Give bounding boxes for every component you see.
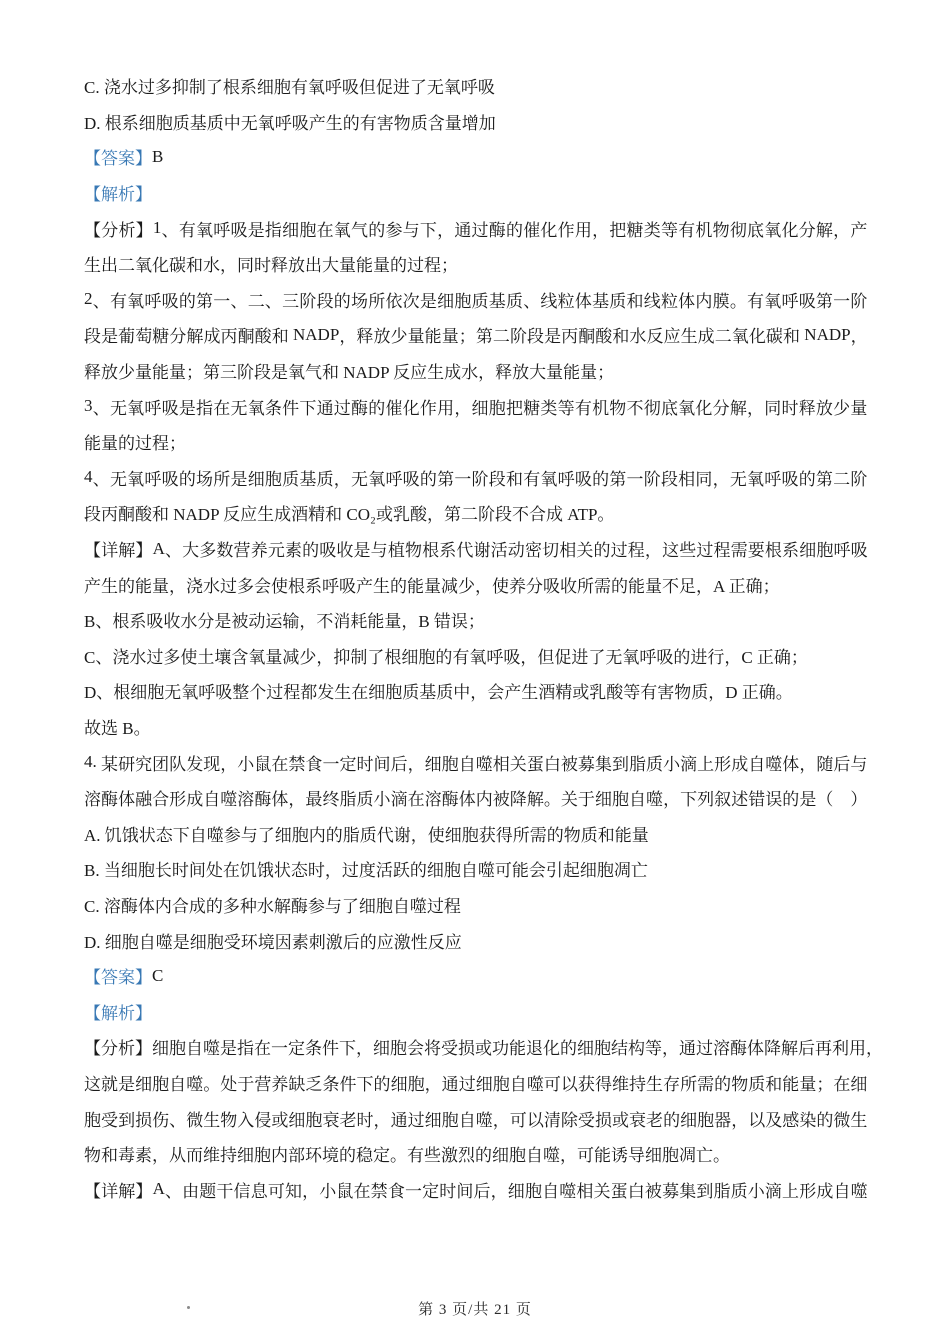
q3-detail-line-2: 产生的能量，浇水过多会使根系呼吸产生的能量减少，使养分吸收所需的能量不足，A 正… <box>84 566 868 602</box>
stray-dot-mark <box>187 1306 190 1309</box>
q4-option-D: D. 细胞自噬是细胞受环境因素刺激后的应激性反应 <box>84 922 868 958</box>
q4-answer-line: 【答案】C <box>84 958 868 994</box>
q4-option-A: A. 饥饿状态下自噬参与了细胞内的脂质代谢，使细胞获得所需的物质和能量 <box>84 815 868 851</box>
q4-option-C: C. 溶酶体内合成的多种水解酶参与了细胞自噬过程 <box>84 887 868 923</box>
q3-analysis-line-7: 能量的过程； <box>84 424 868 460</box>
page-footer: 第 3 页/共 21 页 <box>0 1298 950 1319</box>
q3-detail-line-3: B、根系吸收水分是被动运输，不消耗能量，B 错误； <box>84 602 868 638</box>
q4-stem-line-2: 溶酶体融合形成自噬溶酶体，最终脂质小滴在溶酶体内被降解。关于细胞自噬，下列叙述错… <box>84 780 868 816</box>
q3-analysis-line-6: 3、无氧呼吸是指在无氧条件下通过酶的催化作用，细胞把糖类等有机物不彻底氧化分解，… <box>84 388 868 424</box>
q3-jiexi-label: 【解析】 <box>84 175 868 211</box>
q4-stem-line-1: 4. 某研究团队发现，小鼠在禁食一定时间后，细胞自噬相关蛋白被募集到脂质小滴上形… <box>84 744 868 780</box>
q3-analysis-line-8: 4、无氧呼吸的场所是细胞质基质，无氧呼吸的第一阶段和有氧呼吸的第一阶段相同，无氧… <box>84 460 868 496</box>
q3-analysis-line-5: 释放少量能量；第三阶段是氧气和 NADP 反应生成水，释放大量能量； <box>84 353 868 389</box>
q4-option-B: B. 当细胞长时间处在饥饿状态时，过度活跃的细胞自噬可能会引起细胞凋亡 <box>84 851 868 887</box>
q3-analysis-line-9: 段丙酮酸和 NADP 反应生成酒精和 CO₂或乳酸，第二阶段不合成 ATP。 <box>84 495 868 531</box>
q3-detail-line-1: 【详解】A、大多数营养元素的吸收是与植物根系代谢活动密切相关的过程，这些过程需要… <box>84 531 868 567</box>
q3-option-C: C. 浇水过多抑制了根系细胞有氧呼吸但促进了无氧呼吸 <box>84 68 868 104</box>
q4-analysis-line-2: 这就是细胞自噬。处于营养缺乏条件下的细胞，通过细胞自噬可以获得维持生存所需的物质… <box>84 1065 868 1101</box>
q3-detail-line-5: D、根细胞无氧呼吸整个过程都发生在细胞质基质中，会产生酒精或乳酸等有害物质，D … <box>84 673 868 709</box>
q4-detail-line-1: 【详解】A、由题干信息可知，小鼠在禁食一定时间后，细胞自噬相关蛋白被募集到脂质小… <box>84 1171 868 1207</box>
document-lines: C. 浇水过多抑制了根系细胞有氧呼吸但促进了无氧呼吸D. 根系细胞质基质中无氧呼… <box>84 68 868 1207</box>
q3-detail-line-4: C、浇水过多使土壤含氧量减少，抑制了根细胞的有氧呼吸，但促进了无氧呼吸的进行，C… <box>84 638 868 674</box>
q3-option-D: D. 根系细胞质基质中无氧呼吸产生的有害物质含量增加 <box>84 104 868 140</box>
q3-conclusion: 故选 B。 <box>84 709 868 745</box>
page-number-text: 第 3 页/共 21 页 <box>418 1302 532 1318</box>
q3-analysis-line-4: 段是葡萄糖分解成丙酮酸和 NADP，释放少量能量；第二阶段是丙酮酸和水反应生成二… <box>84 317 868 353</box>
document-page: C. 浇水过多抑制了根系细胞有氧呼吸但促进了无氧呼吸D. 根系细胞质基质中无氧呼… <box>0 0 950 1344</box>
q3-analysis-line-2: 生出二氧化碳和水，同时释放出大量能量的过程； <box>84 246 868 282</box>
q4-jiexi-label: 【解析】 <box>84 993 868 1029</box>
q4-analysis-line-1: 【分析】细胞自噬是指在一定条件下，细胞会将受损或功能退化的细胞结构等，通过溶酶体… <box>84 1029 868 1065</box>
q3-analysis-line-3: 2、有氧呼吸的第一、二、三阶段的场所依次是细胞质基质、线粒体基质和线粒体内膜。有… <box>84 282 868 318</box>
q4-analysis-line-3: 胞受到损伤、微生物入侵或细胞衰老时，通过细胞自噬，可以清除受损或衰老的细胞器，以… <box>84 1100 868 1136</box>
q4-analysis-line-4: 物和毒素，从而维持细胞内部环境的稳定。有些激烈的细胞自噬，可能诱导细胞凋亡。 <box>84 1136 868 1172</box>
q3-analysis-line-1: 【分析】1、有氧呼吸是指细胞在氧气的参与下，通过酶的催化作用，把糖类等有机物彻底… <box>84 210 868 246</box>
q3-answer-line: 【答案】B <box>84 139 868 175</box>
